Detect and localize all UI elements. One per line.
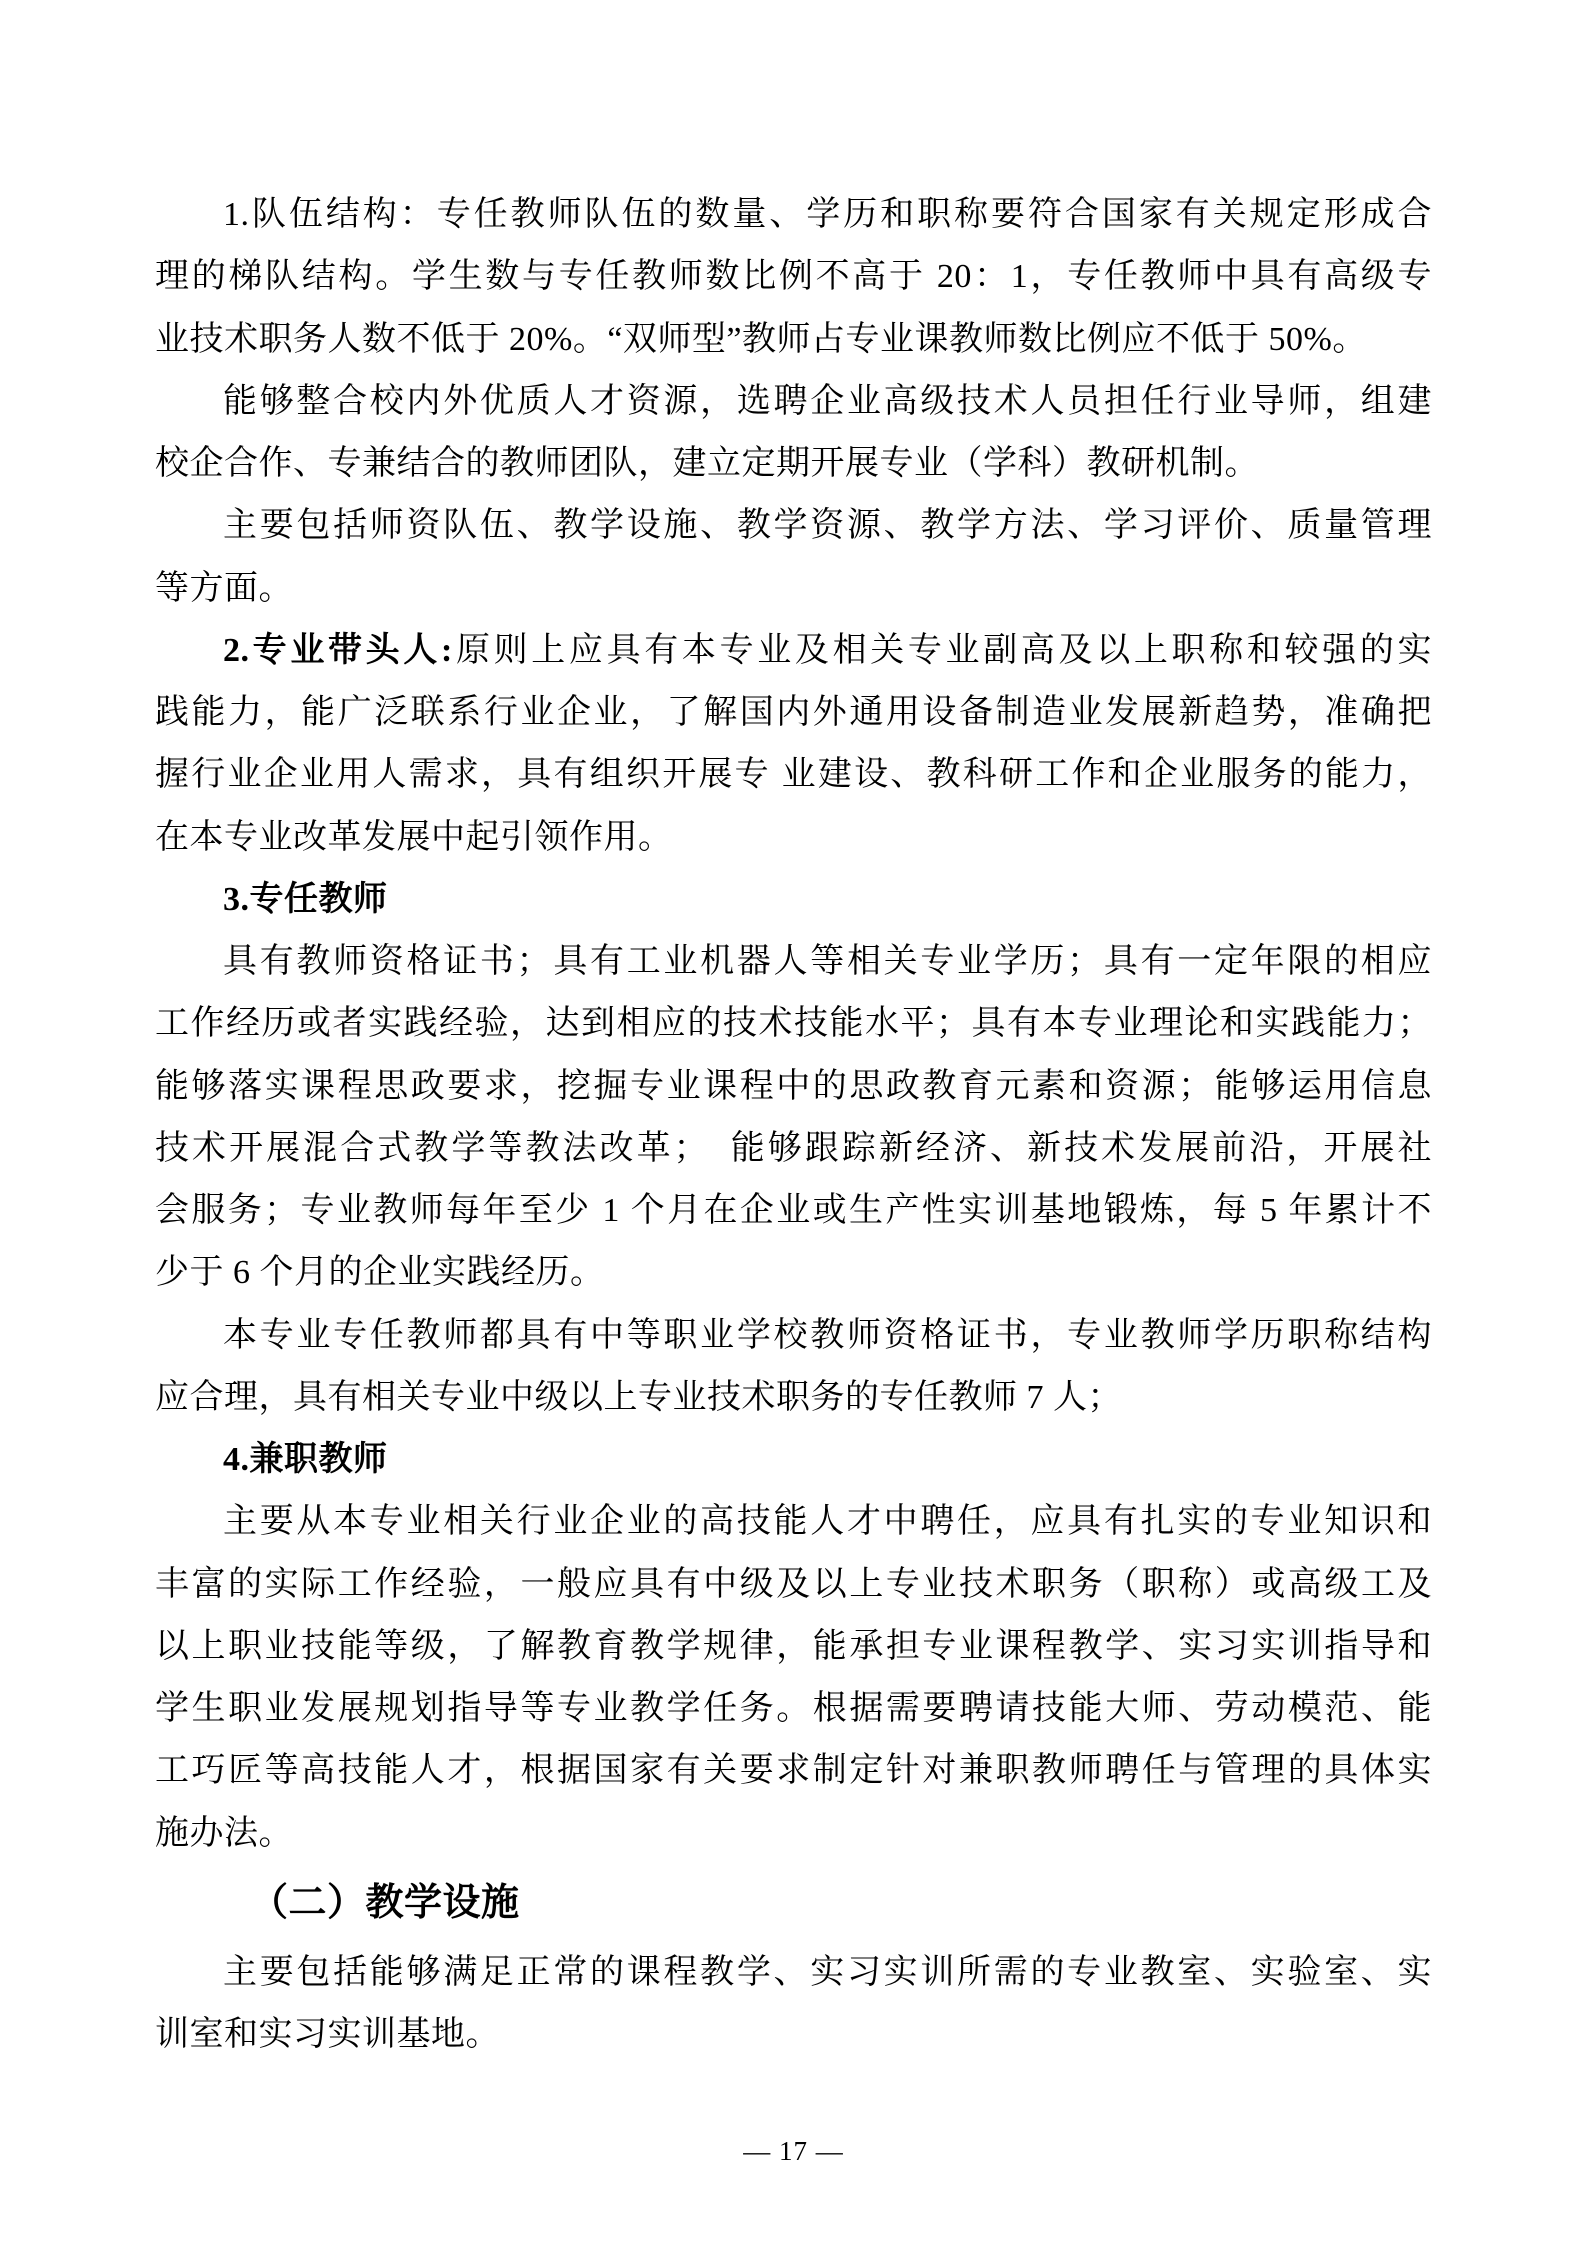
text-run: 工作经历或者实践经验，达到相应的技术技能水平；具有本专业理论和实践能力； <box>155 1005 1432 1042</box>
text-line: 2.专业带头人:原则上应具有本专业及相关专业副高及以上职称和较强的实 <box>155 620 1432 682</box>
text-run: 会服务；专业教师每年至少 1 个月在企业或生产性实训基地锻炼，每 5 年累计不 <box>155 1192 1432 1229</box>
text-run: 理的梯队结构。学生数与专任教师数比例不高于 20：1，专任教师中具有高级专 <box>155 258 1432 295</box>
text-line: 业技术职务人数不低于 20%。“双师型”教师占专业课教师数比例应不低于 50%。 <box>155 309 1432 371</box>
text-run: 以上职业技能等级，了解教育教学规律，能承担专业课程教学、实习实训指导和 <box>155 1628 1432 1665</box>
text-run: 应合理，具有相关专业中级以上专业技术职务的专任教师 7 人； <box>155 1379 1122 1416</box>
text-run: 等方面。 <box>155 570 293 607</box>
para-full-time-requirements: 具有教师资格证书；具有工业机器人等相关专业学历；具有一定年限的相应工作经历或者实… <box>155 931 1432 1305</box>
section-heading-teaching-facilities: （二）教学设施 <box>155 1865 1432 1942</box>
text-line: 校企合作、专兼结合的教师团队，建立定期开展专业（学科）教研机制。 <box>155 433 1432 495</box>
text-line: 学生职业发展规划指导等专业教学任务。根据需要聘请技能大师、劳动模范、能 <box>155 1678 1432 1740</box>
page-number: — 17 — <box>0 2136 1587 2167</box>
text-run: 校企合作、专兼结合的教师团队，建立定期开展专业（学科）教研机制。 <box>155 445 1259 482</box>
text-run: 施办法。 <box>155 1815 293 1852</box>
text-line: 1.队伍结构：专任教师队伍的数量、学历和职称要符合国家有关规定形成合 <box>155 184 1432 246</box>
text-run: 少于 6 个月的企业实践经历。 <box>155 1254 605 1291</box>
text-run: 本专业专任教师都具有中等职业学校教师资格证书，专业教师学历职称结构 <box>223 1317 1432 1354</box>
para-major-leader: 2.专业带头人:原则上应具有本专业及相关专业副高及以上职称和较强的实践能力，能广… <box>155 620 1432 869</box>
text-line: 主要从本专业相关行业企业的高技能人才中聘任，应具有扎实的专业知识和 <box>155 1491 1432 1553</box>
text-run: 具有教师资格证书；具有工业机器人等相关专业学历；具有一定年限的相应 <box>223 943 1432 980</box>
text-line: 具有教师资格证书；具有工业机器人等相关专业学历；具有一定年限的相应 <box>155 931 1432 993</box>
text-run: 丰富的实际工作经验，一般应具有中级及以上专业技术职务（职称）或高级工及 <box>155 1566 1432 1603</box>
text-line: 等方面。 <box>155 558 1432 620</box>
text-run: 技术开展混合式教学等教法改革； 能够跟踪新经济、新技术发展前沿，开展社 <box>155 1130 1432 1167</box>
text-run: 训室和实习实训基地。 <box>155 2016 500 2053</box>
text-line: 主要包括能够满足正常的课程教学、实习实训所需的专业教室、实验室、实 <box>155 1942 1432 2004</box>
text-run: （二）教学设施 <box>250 1882 520 1924</box>
text-line: 会服务；专业教师每年至少 1 个月在企业或生产性实训基地锻炼，每 5 年累计不 <box>155 1180 1432 1242</box>
text-run: 业技术职务人数不低于 20%。“双师型”教师占专业课教师数比例应不低于 50%。 <box>155 321 1367 358</box>
document-content: 1.队伍结构：专任教师队伍的数量、学历和职称要符合国家有关规定形成合理的梯队结构… <box>155 184 1432 2066</box>
para-part-time-requirements: 主要从本专业相关行业企业的高技能人才中聘任，应具有扎实的专业知识和丰富的实际工作… <box>155 1491 1432 1865</box>
text-line: 4.兼职教师 <box>155 1429 1432 1491</box>
text-run: 在本专业改革发展中起引领作用。 <box>155 819 673 856</box>
text-line: 工作经历或者实践经验，达到相应的技术技能水平；具有本专业理论和实践能力； <box>155 993 1432 1055</box>
heading-full-time-teachers: 3.专任教师 <box>155 869 1432 931</box>
text-run: 原则上应具有本专业及相关专业副高及以上职称和较强的实 <box>453 632 1432 669</box>
text-line: 3.专任教师 <box>155 869 1432 931</box>
text-run: 4.兼职教师 <box>223 1441 388 1478</box>
bold-lead-text: 2.专业带头人: <box>223 632 453 669</box>
text-line: 在本专业改革发展中起引领作用。 <box>155 807 1432 869</box>
document-page: 1.队伍结构：专任教师队伍的数量、学历和职称要符合国家有关规定形成合理的梯队结构… <box>0 0 1587 2245</box>
text-line: 能够整合校内外优质人才资源，选聘企业高级技术人员担任行业导师，组建 <box>155 371 1432 433</box>
text-line: 能够落实课程思政要求，挖掘专业课程中的思政教育元素和资源；能够运用信息 <box>155 1056 1432 1118</box>
text-line: 以上职业技能等级，了解教育教学规律，能承担专业课程教学、实习实训指导和 <box>155 1616 1432 1678</box>
text-line: 施办法。 <box>155 1803 1432 1865</box>
text-line: 技术开展混合式教学等教法改革； 能够跟踪新经济、新技术发展前沿，开展社 <box>155 1118 1432 1180</box>
text-line: 主要包括师资队伍、教学设施、教学资源、教学方法、学习评价、质量管理 <box>155 495 1432 557</box>
text-run: 主要包括师资队伍、教学设施、教学资源、教学方法、学习评价、质量管理 <box>223 507 1432 544</box>
text-run: 主要从本专业相关行业企业的高技能人才中聘任，应具有扎实的专业知识和 <box>223 1503 1432 1540</box>
text-line: 应合理，具有相关专业中级以上专业技术职务的专任教师 7 人； <box>155 1367 1432 1429</box>
text-run: 践能力，能广泛联系行业企业，了解国内外通用设备制造业发展新趋势，准确把 <box>155 694 1432 731</box>
text-line: 握行业企业用人需求，具有组织开展专 业建设、教科研工作和企业服务的能力， <box>155 744 1432 806</box>
text-line: 训室和实习实训基地。 <box>155 2004 1432 2066</box>
text-line: 本专业专任教师都具有中等职业学校教师资格证书，专业教师学历职称结构 <box>155 1305 1432 1367</box>
text-line: 丰富的实际工作经验，一般应具有中级及以上专业技术职务（职称）或高级工及 <box>155 1554 1432 1616</box>
text-line: （二）教学设施 <box>155 1865 1432 1942</box>
text-run: 主要包括能够满足正常的课程教学、实习实训所需的专业教室、实验室、实 <box>223 1954 1432 1991</box>
para-facilities-scope: 主要包括能够满足正常的课程教学、实习实训所需的专业教室、实验室、实训室和实习实训… <box>155 1942 1432 2067</box>
text-run: 3.专任教师 <box>223 881 388 918</box>
text-run: 学生职业发展规划指导等专业教学任务。根据需要聘请技能大师、劳动模范、能 <box>155 1690 1432 1727</box>
text-line: 理的梯队结构。学生数与专任教师数比例不高于 20：1，专任教师中具有高级专 <box>155 246 1432 308</box>
heading-part-time-teachers: 4.兼职教师 <box>155 1429 1432 1491</box>
para-team-structure: 1.队伍结构：专任教师队伍的数量、学历和职称要符合国家有关规定形成合理的梯队结构… <box>155 184 1432 371</box>
para-talent-integration: 能够整合校内外优质人才资源，选聘企业高级技术人员担任行业导师，组建校企合作、专兼… <box>155 371 1432 496</box>
para-scope: 主要包括师资队伍、教学设施、教学资源、教学方法、学习评价、质量管理等方面。 <box>155 495 1432 620</box>
text-run: 工巧匠等高技能人才，根据国家有关要求制定针对兼职教师聘任与管理的具体实 <box>155 1752 1432 1789</box>
text-run: 1.队伍结构：专任教师队伍的数量、学历和职称要符合国家有关规定形成合 <box>223 196 1432 233</box>
text-run: 能够整合校内外优质人才资源，选聘企业高级技术人员担任行业导师，组建 <box>223 383 1432 420</box>
text-line: 工巧匠等高技能人才，根据国家有关要求制定针对兼职教师聘任与管理的具体实 <box>155 1740 1432 1802</box>
text-run: 能够落实课程思政要求，挖掘专业课程中的思政教育元素和资源；能够运用信息 <box>155 1068 1432 1105</box>
text-run: 握行业企业用人需求，具有组织开展专 业建设、教科研工作和企业服务的能力， <box>155 756 1432 793</box>
text-line: 少于 6 个月的企业实践经历。 <box>155 1242 1432 1304</box>
text-line: 践能力，能广泛联系行业企业，了解国内外通用设备制造业发展新趋势，准确把 <box>155 682 1432 744</box>
para-school-full-time-teachers: 本专业专任教师都具有中等职业学校教师资格证书，专业教师学历职称结构应合理，具有相… <box>155 1305 1432 1430</box>
